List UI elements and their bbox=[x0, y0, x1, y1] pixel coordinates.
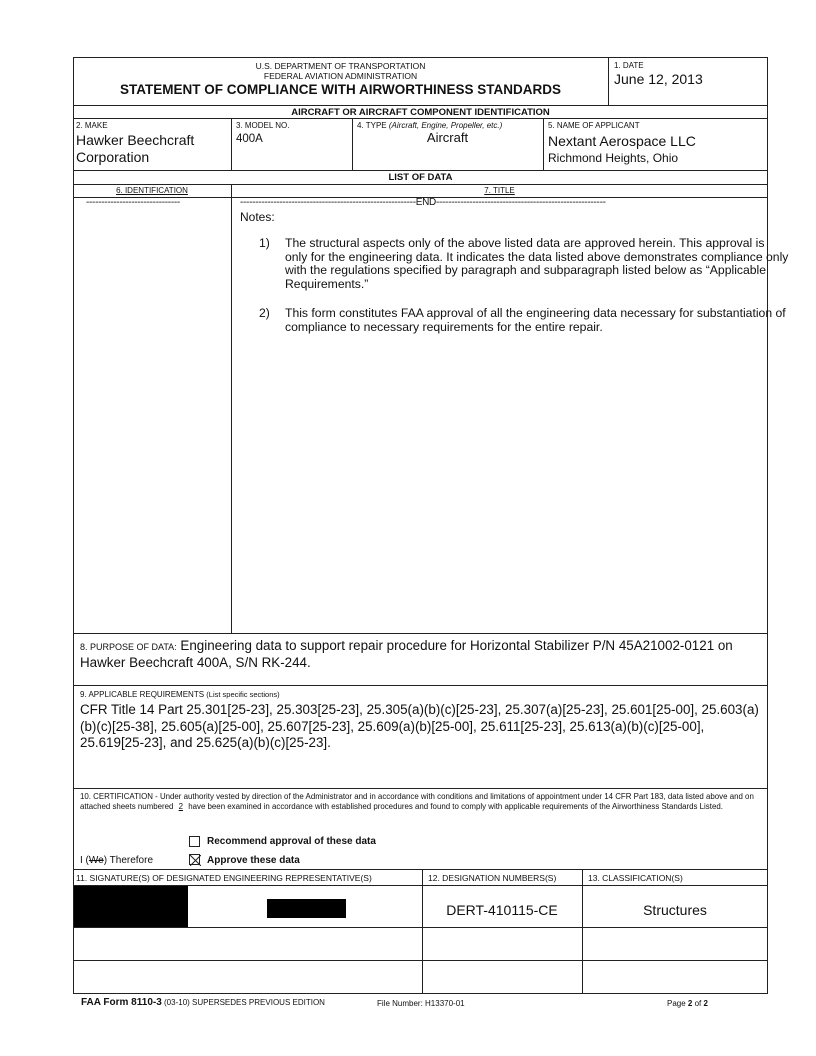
designation-row-3[interactable] bbox=[423, 961, 581, 993]
purpose-label: 8. PURPOSE OF DATA: bbox=[80, 642, 177, 652]
date-value[interactable]: June 12, 2013 bbox=[614, 71, 703, 87]
classification-row-3[interactable] bbox=[583, 961, 767, 993]
approve-data-label: Approve these data bbox=[207, 855, 300, 866]
signature-redaction-2 bbox=[267, 899, 346, 918]
model-label: 3. MODEL NO. bbox=[236, 121, 290, 130]
type-label-prefix: 4. TYPE bbox=[357, 121, 387, 130]
date-label: 1. DATE bbox=[614, 61, 644, 70]
make-value-line2[interactable]: Corporation bbox=[76, 149, 149, 165]
therefore-text: I (We) Therefore bbox=[80, 855, 153, 866]
certification-bottom-rule bbox=[73, 869, 768, 870]
signature-column-header: 11. SIGNATURE(S) OF DESIGNATED ENGINEERI… bbox=[76, 873, 372, 883]
recommend-approval-label: Recommend approval of these data bbox=[207, 836, 376, 847]
footer-form-info: FAA Form 8110-3 (03-10) SUPERSEDES PREVI… bbox=[81, 997, 325, 1008]
signature-row-3[interactable] bbox=[74, 961, 422, 993]
footer-page-number: Page 2 of 2 bbox=[667, 999, 708, 1008]
make-model-divider bbox=[231, 118, 232, 170]
designation-number-1[interactable]: DERT-410115-CE bbox=[422, 902, 582, 918]
footer-file-number: File Number: H13370-01 bbox=[377, 999, 465, 1008]
list-title-rule bbox=[73, 184, 768, 185]
make-value-line1[interactable]: Hawker Beechcraft bbox=[76, 132, 194, 148]
title-column-header: 7. TITLE bbox=[231, 186, 768, 195]
identification-dashes: ------------------------------- bbox=[86, 197, 206, 208]
identification-title-divider bbox=[231, 184, 232, 633]
form-title: STATEMENT OF COMPLIANCE WITH AIRWORTHINE… bbox=[73, 82, 608, 97]
signature-redaction-1 bbox=[74, 886, 188, 927]
requirements-label-hint: (List specific sections) bbox=[206, 690, 279, 699]
applicant-location[interactable]: Richmond Heights, Ohio bbox=[548, 151, 678, 165]
page-prefix: Page bbox=[667, 999, 688, 1008]
therefore-suffix: ) Therefore bbox=[104, 855, 153, 866]
requirements-label-text: 9. APPLICABLE REQUIREMENTS bbox=[80, 690, 204, 699]
identification-section-title: AIRCRAFT OR AIRCRAFT COMPONENT IDENTIFIC… bbox=[73, 107, 768, 118]
type-label: 4. TYPE (Aircraft, Engine, Propeller, et… bbox=[357, 121, 502, 130]
recommend-approval-checkbox[interactable] bbox=[189, 836, 200, 847]
therefore-struck: We bbox=[89, 855, 104, 866]
sheets-numbered[interactable]: 2 bbox=[176, 802, 186, 811]
date-divider bbox=[608, 57, 609, 105]
certification-text-part2: have been examined in accordance with es… bbox=[186, 802, 723, 811]
classification-1[interactable]: Structures bbox=[582, 902, 768, 918]
approve-data-checkbox[interactable] bbox=[189, 854, 200, 865]
note-1-number: 1) bbox=[259, 237, 270, 251]
agency-name: FEDERAL AVIATION ADMINISTRATION bbox=[73, 71, 608, 81]
identification-bottom-rule bbox=[73, 170, 768, 171]
type-label-hint: (Aircraft, Engine, Propeller, etc.) bbox=[389, 121, 502, 130]
type-value[interactable]: Aircraft bbox=[352, 130, 543, 145]
department-name: U.S. DEPARTMENT OF TRANSPORTATION bbox=[73, 61, 608, 71]
classification-column-header: 13. CLASSIFICATION(S) bbox=[588, 873, 683, 883]
certification-text: 10. CERTIFICATION - Under authority vest… bbox=[80, 792, 765, 812]
purpose-bottom-rule bbox=[73, 685, 768, 686]
checkbox-x-mark-icon bbox=[190, 855, 201, 866]
purpose-text[interactable]: Engineering data to support repair proce… bbox=[80, 638, 733, 670]
notes-label: Notes: bbox=[240, 210, 275, 224]
signature-row-2[interactable] bbox=[74, 928, 422, 960]
applicant-label: 5. NAME OF APPLICANT bbox=[548, 121, 640, 130]
title-end-line: ----------------------------------------… bbox=[240, 197, 740, 208]
list-of-data-title: LIST OF DATA bbox=[73, 172, 768, 183]
footer-form-rev: (03-10) SUPERSEDES PREVIOUS EDITION bbox=[164, 998, 325, 1007]
requirements-text[interactable]: CFR Title 14 Part 25.301[25-23], 25.303[… bbox=[80, 702, 765, 752]
make-label: 2. MAKE bbox=[76, 121, 108, 130]
note-2-text: This form constitutes FAA approval of al… bbox=[285, 307, 790, 334]
page-of: of bbox=[692, 999, 703, 1008]
applicant-name[interactable]: Nextant Aerospace LLC bbox=[548, 133, 696, 149]
therefore-prefix: I ( bbox=[80, 855, 89, 866]
model-value[interactable]: 400A bbox=[236, 133, 263, 145]
purpose-block: 8. PURPOSE OF DATA: Engineering data to … bbox=[80, 638, 760, 671]
identification-title-rule bbox=[73, 118, 768, 119]
footer-form-name: FAA Form 8110-3 bbox=[81, 997, 162, 1008]
note-1-text: The structural aspects only of the above… bbox=[285, 237, 790, 291]
classification-row-2[interactable] bbox=[583, 928, 767, 960]
note-2-number: 2) bbox=[259, 307, 270, 321]
designation-row-2[interactable] bbox=[423, 928, 581, 960]
requirements-bottom-rule bbox=[73, 788, 768, 789]
requirements-label: 9. APPLICABLE REQUIREMENTS (List specifi… bbox=[80, 690, 280, 699]
identification-column-header: 6. IDENTIFICATION bbox=[73, 186, 231, 195]
note-2: 2) This form constitutes FAA approval of… bbox=[259, 307, 799, 337]
header-bottom-rule bbox=[73, 105, 768, 106]
designation-column-header: 12. DESIGNATION NUMBERS(S) bbox=[428, 873, 556, 883]
page-total: 2 bbox=[703, 999, 707, 1008]
type-applicant-divider bbox=[543, 118, 544, 170]
note-1: 1) The structural aspects only of the ab… bbox=[259, 237, 799, 297]
list-bottom-rule bbox=[73, 633, 768, 634]
